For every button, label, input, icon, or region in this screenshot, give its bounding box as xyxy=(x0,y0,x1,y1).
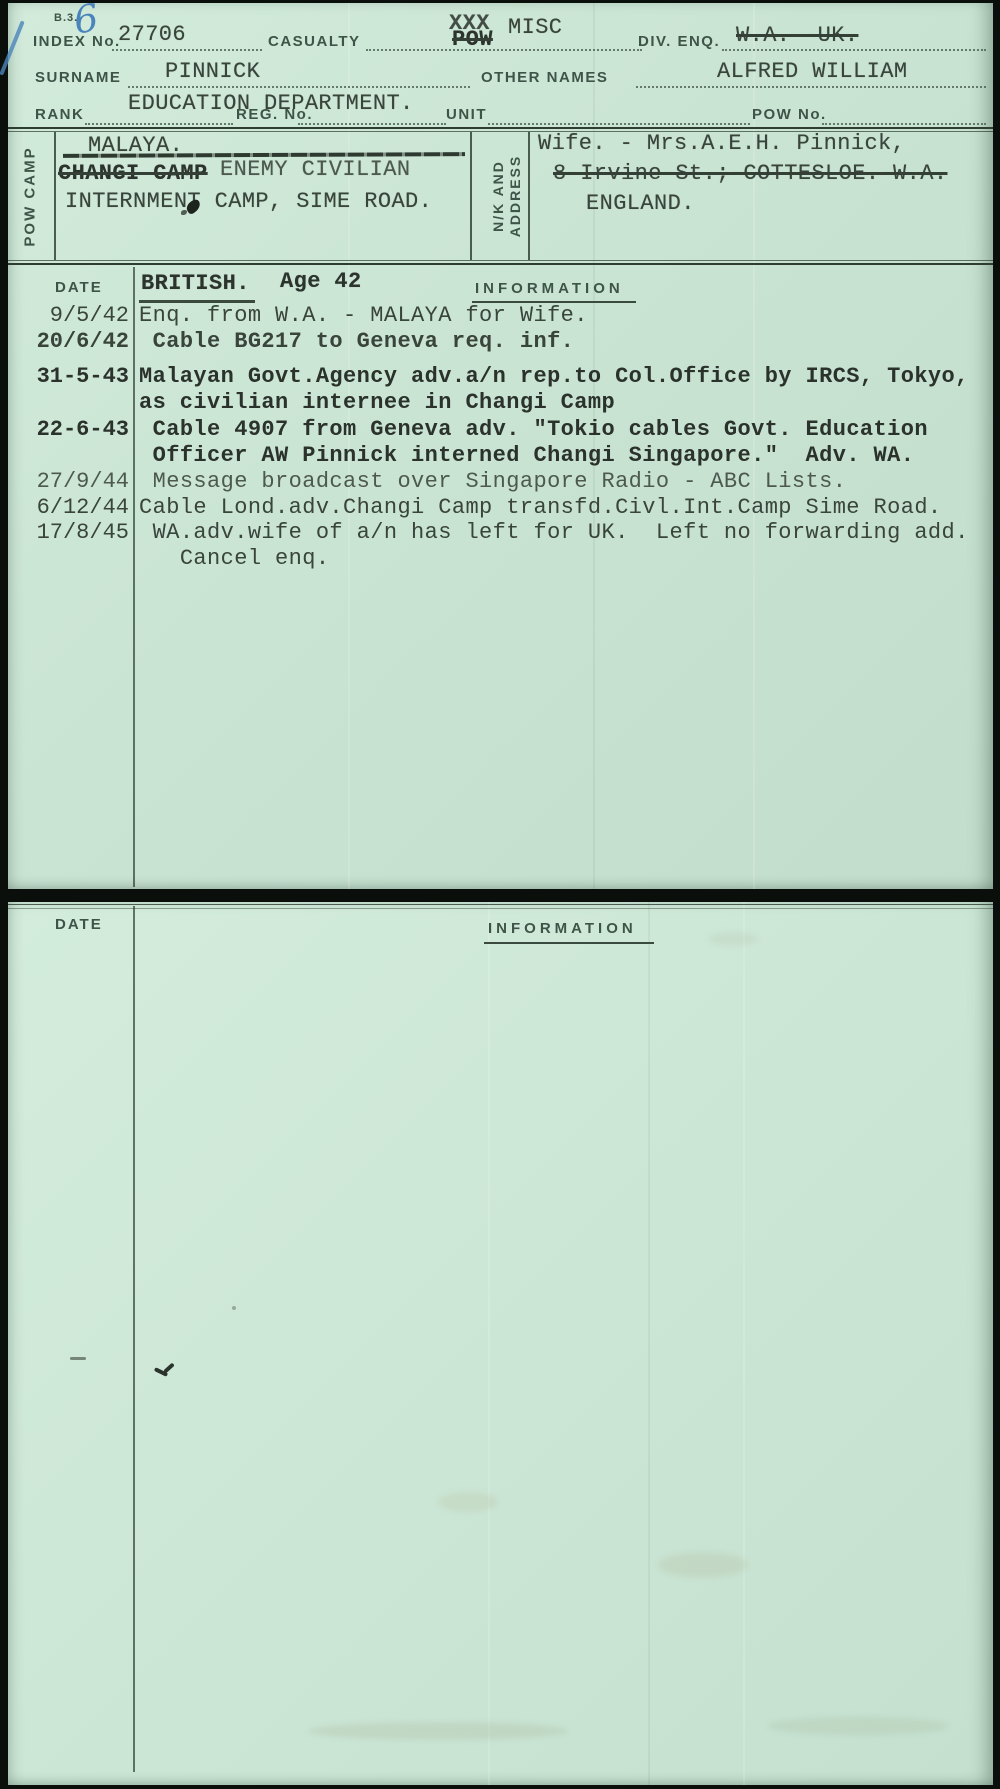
row-info: Cable Lond.adv.Changi Camp transfd.Civl.… xyxy=(139,495,942,521)
casualty-label: CASUALTY xyxy=(268,33,361,50)
casualty-overtype: XXX xyxy=(449,11,490,37)
card2-top-rule-thin xyxy=(8,908,993,909)
index-no-label: INDEX No. xyxy=(33,33,121,50)
other-names-value: ALFRED WILLIAM xyxy=(717,59,907,85)
camp-name-rest: ENEMY CIVILIAN xyxy=(220,157,410,183)
other-names-label: OTHER NAMES xyxy=(481,69,608,86)
paper-stain xyxy=(438,1492,498,1512)
camp-address-divider xyxy=(470,132,472,260)
casualty-value: MISC xyxy=(508,15,562,41)
row-info: Malayan Govt.Agency adv.a/n rep.to Col.O… xyxy=(139,364,969,416)
information-column-header: INFORMATION xyxy=(475,280,624,297)
table-row: 17/8/45 WA.adv.wife of a/n has left for … xyxy=(8,520,993,572)
camp-name-line2: INTERNMENT CAMP, SIME ROAD. xyxy=(65,189,432,215)
information-column-header: INFORMATION xyxy=(488,920,637,937)
paper-stain xyxy=(708,932,758,946)
show-through-ghost xyxy=(308,1722,568,1740)
record-card-front: B.3. 6 INDEX No. 27706 CASUALTY POW XXX … xyxy=(8,3,993,889)
table-row: 22-6-43 Cable 4907 from Geneva adv. "Tok… xyxy=(8,417,993,469)
row-date: 20/6/42 xyxy=(8,329,133,355)
ink-blot xyxy=(163,1362,175,1373)
nk-label-divider xyxy=(528,132,530,260)
surname-value: PINNICK xyxy=(165,59,260,85)
rank-label: RANK xyxy=(35,106,84,123)
row-date: 17/8/45 xyxy=(8,520,133,572)
card2-top-rule xyxy=(8,904,993,905)
row-info: WA.adv.wife of a/n has left for UK. Left… xyxy=(139,520,969,572)
nk-line1: Wife. - Mrs.A.E.H. Pinnick, xyxy=(538,131,905,157)
information-underline xyxy=(484,942,654,944)
rank-line xyxy=(85,121,233,125)
paper-stain xyxy=(658,1552,748,1578)
row-date: 9/5/42 xyxy=(8,303,133,329)
unit-line xyxy=(488,121,750,125)
row-info: Cable BG217 to Geneva req. inf. xyxy=(139,329,574,355)
table-row: 9/5/42 Enq. from W.A. - MALAYA for Wife. xyxy=(8,303,993,329)
date-column-header: DATE xyxy=(55,916,103,933)
pow-no-line xyxy=(822,121,986,125)
row-date: 6/12/44 xyxy=(8,495,133,521)
pow-camp-label-divider xyxy=(54,132,56,260)
show-through-ghost xyxy=(768,1717,948,1735)
date-column-divider xyxy=(133,906,135,1772)
table-row: 31-5-43 Malayan Govt.Agency adv.a/n rep.… xyxy=(8,364,993,416)
scanned-pow-record: { "colors": { "card_bg": "#cae4d4", "typ… xyxy=(0,0,1000,1789)
table-row: 20/6/42 Cable BG217 to Geneva req. inf. xyxy=(8,329,993,355)
div-enq-label: DIV. ENQ. xyxy=(638,33,720,50)
row-date: 22-6-43 xyxy=(8,417,133,469)
date-column-divider xyxy=(133,267,135,887)
speck-mark xyxy=(232,1306,236,1310)
reg-no-line xyxy=(298,121,446,125)
unit-label: UNIT xyxy=(446,106,487,123)
table-row: 6/12/44 Cable Lond.adv.Changi Camp trans… xyxy=(8,495,993,521)
row-info: Enq. from W.A. - MALAYA for Wife. xyxy=(139,303,588,329)
pencil-dash-mark xyxy=(70,1357,86,1360)
nk-line2-struck: 8-Irvine-St.;-COTTESLOE.-W.A. xyxy=(553,161,947,187)
nationality-value: BRITISH. xyxy=(141,271,250,297)
surname-label: SURNAME xyxy=(35,69,121,86)
table-row: 27/9/44 Message broadcast over Singapore… xyxy=(8,469,993,495)
index-no-value: 27706 xyxy=(118,22,186,48)
pow-no-label: POW No. xyxy=(752,106,827,123)
nk-address-side-label: N/K AND ADDRESS xyxy=(490,126,524,266)
record-card-back: DATE INFORMATION xyxy=(8,902,993,1785)
row-date: 27/9/44 xyxy=(8,469,133,495)
row-info: Cable 4907 from Geneva adv. "Tokio cable… xyxy=(139,417,928,469)
pow-camp-side-label: POW CAMP xyxy=(22,137,39,257)
pen-stroke-mark xyxy=(0,20,25,75)
div-enq-value: W.A. -UK. xyxy=(736,23,858,49)
date-column-header: DATE xyxy=(55,279,103,296)
age-value: Age 42 xyxy=(280,269,362,295)
row-date: 31-5-43 xyxy=(8,364,133,416)
row-info: Message broadcast over Singapore Radio -… xyxy=(139,469,846,495)
camp-struck-name: CHANGI CAMP xyxy=(58,161,208,187)
casualty-line xyxy=(366,47,642,51)
nk-line3: ENGLAND. xyxy=(586,191,695,217)
